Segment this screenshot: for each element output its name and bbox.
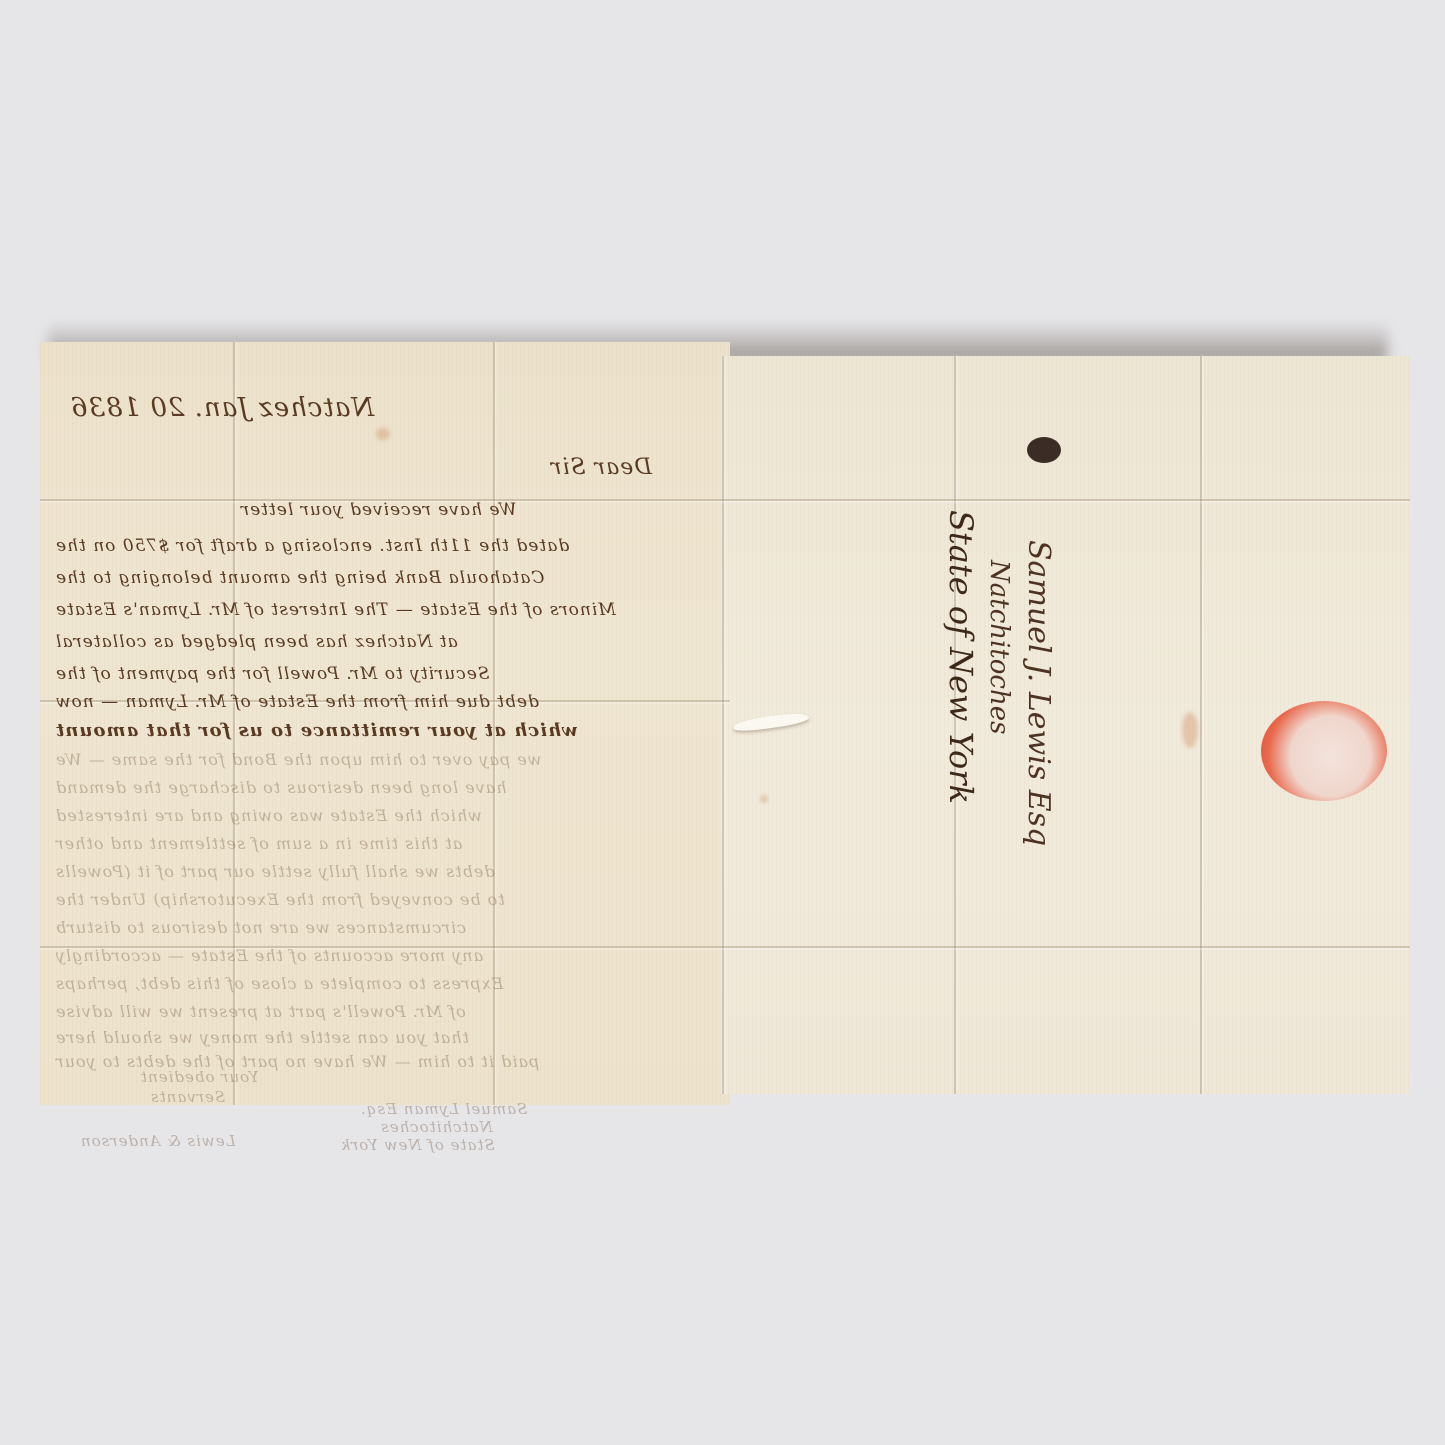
- stain: [1182, 712, 1198, 748]
- stain: [760, 795, 768, 803]
- body-line: circumstances we are not desirous to dis…: [55, 918, 466, 937]
- closing-line: Servants: [150, 1088, 225, 1106]
- body-line: any more accounts of the Estate — accord…: [55, 946, 483, 965]
- burn-hole: [1027, 437, 1061, 463]
- body-line: Minors of the Estate — The Interest of M…: [55, 600, 616, 620]
- dateline: Natchez Jan. 20 1836: [70, 393, 374, 423]
- body-line: Security to Mr. Powell for the payment o…: [55, 664, 489, 684]
- fold-line: [1200, 356, 1202, 1094]
- stain: [376, 428, 390, 440]
- closing-line: Your obedient: [140, 1068, 259, 1086]
- body-line: that you can settle the money we should …: [55, 1028, 469, 1047]
- body-line: We have received your letter: [240, 500, 517, 520]
- wax-seal: [1261, 701, 1387, 801]
- address-line-1: Samuel J. Lewis Esq: [1021, 540, 1056, 846]
- address-line-2: Natchitoches: [984, 560, 1014, 734]
- body-line: debts we shall fully settle our part of …: [55, 862, 495, 881]
- body-line: which the Estate was owing and are inter…: [55, 806, 482, 825]
- closing-line: Lewis & Anderson: [80, 1132, 236, 1150]
- body-line: dated the 11th Inst. enclosing a draft f…: [55, 536, 569, 556]
- body-line: paid it to him — We have no part of the …: [55, 1052, 539, 1071]
- salutation: Dear Sir: [550, 455, 652, 480]
- body-line: of Mr. Powell's part at present we will …: [55, 1002, 466, 1021]
- body-line: have long been desirous to discharge the…: [55, 778, 507, 797]
- body-line: Catahoula Bank being the amount belongin…: [55, 568, 544, 588]
- body-line: debt due him from the Estate of Mr. Lyma…: [55, 692, 539, 712]
- signature-line: State of New York: [340, 1136, 495, 1154]
- body-line: we pay over to him upon the Bond for the…: [55, 750, 542, 769]
- body-line: which at your remittance to us for that …: [55, 720, 578, 741]
- body-line: to be conveyed from the Executorship) Un…: [55, 890, 505, 909]
- body-line: at this time in a sum of settlement and …: [55, 834, 462, 853]
- fold-line: [722, 356, 724, 1094]
- address-line-3: State of New York: [942, 510, 980, 804]
- body-line: at Natchez has been pledged as collatera…: [55, 632, 458, 652]
- signature-line: Natchitoches: [380, 1118, 493, 1136]
- body-line: Express to complete a close of this debt…: [55, 974, 503, 993]
- signature-line: Samuel Lyman Esq.: [360, 1100, 527, 1118]
